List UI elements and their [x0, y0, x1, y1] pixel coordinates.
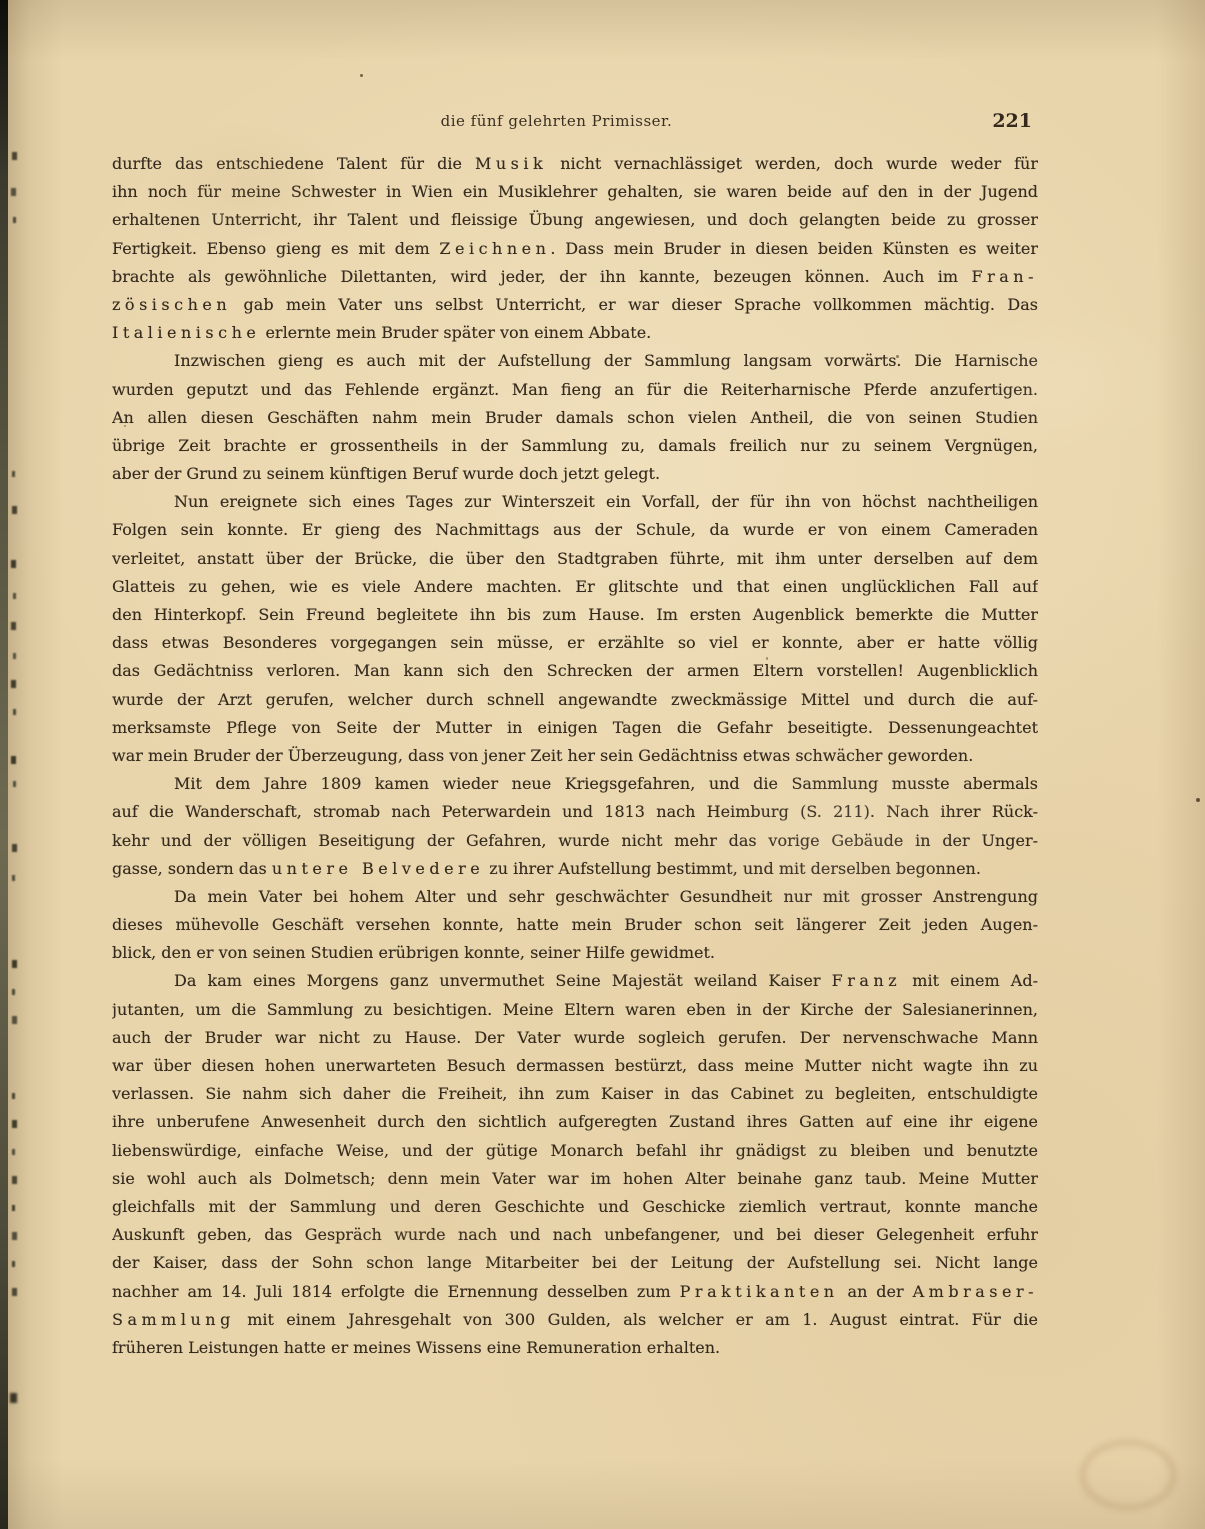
- text-line: Italienische erlernte mein Bruder später…: [112, 319, 1038, 347]
- text-line: früheren Leistungen hatte er meines Wiss…: [112, 1334, 1038, 1362]
- text-line: auf die Wanderschaft, stromab nach Peter…: [112, 798, 1038, 826]
- text-line: brachte als gewöhnliche Dilettanten, wir…: [112, 263, 1038, 291]
- text-line: den Hinterkopf. Sein Freund begleitete i…: [112, 601, 1038, 629]
- text-line: Glatteis zu gehen, wie es viele Andere m…: [112, 573, 1038, 601]
- text-line: der Kaiser, dass der Sohn schon lange Mi…: [112, 1249, 1038, 1277]
- text-line: Fertigkeit. Ebenso gieng es mit dem Zeic…: [112, 235, 1038, 263]
- text-line: aber der Grund zu seinem künftigen Beruf…: [112, 460, 1038, 488]
- text-line: Nun ereignete sich eines Tages zur Winte…: [112, 488, 1038, 516]
- book-scan: { "document": { "running_header": "die f…: [0, 0, 1205, 1529]
- ink-speck: [766, 657, 768, 660]
- text-line: ihn noch für meine Schwester in Wien ein…: [112, 178, 1038, 206]
- page-number: 221: [992, 110, 1032, 132]
- paper-stain: [1079, 1439, 1177, 1511]
- running-header: die fünf gelehrten Primisser.: [441, 112, 673, 130]
- text-line: Sammlung mit einem Jahresgehalt von 300 …: [112, 1306, 1038, 1334]
- margin-bleed-marks: [8, 0, 17, 12]
- text-line: durfte das entschiedene Talent für die M…: [112, 150, 1038, 178]
- scanner-edge-bar: [0, 0, 8, 1529]
- text-line: übrige Zeit brachte er grossentheils in …: [112, 432, 1038, 460]
- ink-speck: [1196, 798, 1200, 802]
- ink-speck: [124, 425, 126, 427]
- page-content: die fünf gelehrten Primisser. 221 durfte…: [112, 0, 1038, 1529]
- text-line: jutanten, um die Sammlung zu besichtigen…: [112, 996, 1038, 1024]
- text-line: Mit dem Jahre 1809 kamen wieder neue Kri…: [112, 770, 1038, 798]
- text-body: durfte das entschiedene Talent für die M…: [112, 150, 1038, 1362]
- text-line: wurden geputzt und das Fehlende ergänzt.…: [112, 376, 1038, 404]
- text-line: dieses mühevolle Geschäft versehen konnt…: [112, 911, 1038, 939]
- paragraph: Da mein Vater bei hohem Alter und sehr g…: [112, 883, 1038, 968]
- text-line: Auskunft geben, das Gespräch wurde nach …: [112, 1221, 1038, 1249]
- text-line: verlassen. Sie nahm sich daher die Freih…: [112, 1080, 1038, 1108]
- ink-speck: [896, 355, 899, 358]
- text-line: ihre unberufene Anwesenheit durch den si…: [112, 1108, 1038, 1136]
- book-page: die fünf gelehrten Primisser. 221 durfte…: [8, 0, 1205, 1529]
- text-line: Folgen sein konnte. Er gieng des Nachmit…: [112, 516, 1038, 544]
- text-line: Da kam eines Morgens ganz unvermuthet Se…: [112, 967, 1038, 995]
- paragraph: Da kam eines Morgens ganz unvermuthet Se…: [112, 967, 1038, 1362]
- text-line: zösischen gab mein Vater uns selbst Unte…: [112, 291, 1038, 319]
- paragraph: durfte das entschiedene Talent für die M…: [112, 150, 1038, 347]
- paragraph: Mit dem Jahre 1809 kamen wieder neue Kri…: [112, 770, 1038, 883]
- text-line: das Gedächtniss verloren. Man kann sich …: [112, 657, 1038, 685]
- text-line: blick, den er von seinen Studien erübrig…: [112, 939, 1038, 967]
- text-line: Inzwischen gieng es auch mit der Aufstel…: [112, 347, 1038, 375]
- text-line: dass etwas Besonderes vorgegangen sein m…: [112, 629, 1038, 657]
- text-line: gasse, sondern das untere Belvedere zu i…: [112, 855, 1038, 883]
- text-line: An allen diesen Geschäften nahm mein Bru…: [112, 404, 1038, 432]
- text-line: wurde der Arzt gerufen, welcher durch sc…: [112, 686, 1038, 714]
- paragraph: Inzwischen gieng es auch mit der Aufstel…: [112, 347, 1038, 488]
- page-header: die fünf gelehrten Primisser. 221: [112, 112, 1038, 138]
- text-line: war mein Bruder der Überzeugung, dass vo…: [112, 742, 1038, 770]
- text-line: nachher am 14. Juli 1814 erfolgte die Er…: [112, 1278, 1038, 1306]
- text-line: war über diesen hohen unerwarteten Besuc…: [112, 1052, 1038, 1080]
- text-line: verleitet, anstatt über der Brücke, die …: [112, 545, 1038, 573]
- paragraph: Nun ereignete sich eines Tages zur Winte…: [112, 488, 1038, 770]
- ink-speck: [360, 74, 363, 77]
- text-line: auch der Bruder war nicht zu Hause. Der …: [112, 1024, 1038, 1052]
- text-line: liebenswürdige, einfache Weise, und der …: [112, 1137, 1038, 1165]
- text-line: Da mein Vater bei hohem Alter und sehr g…: [112, 883, 1038, 911]
- text-line: kehr und der völligen Beseitigung der Ge…: [112, 827, 1038, 855]
- text-line: gleichfalls mit der Sammlung und deren G…: [112, 1193, 1038, 1221]
- text-line: sie wohl auch als Dolmetsch; denn mein V…: [112, 1165, 1038, 1193]
- text-line: erhaltenen Unterricht, ihr Talent und fl…: [112, 206, 1038, 234]
- text-line: merksamste Pflege von Seite der Mutter i…: [112, 714, 1038, 742]
